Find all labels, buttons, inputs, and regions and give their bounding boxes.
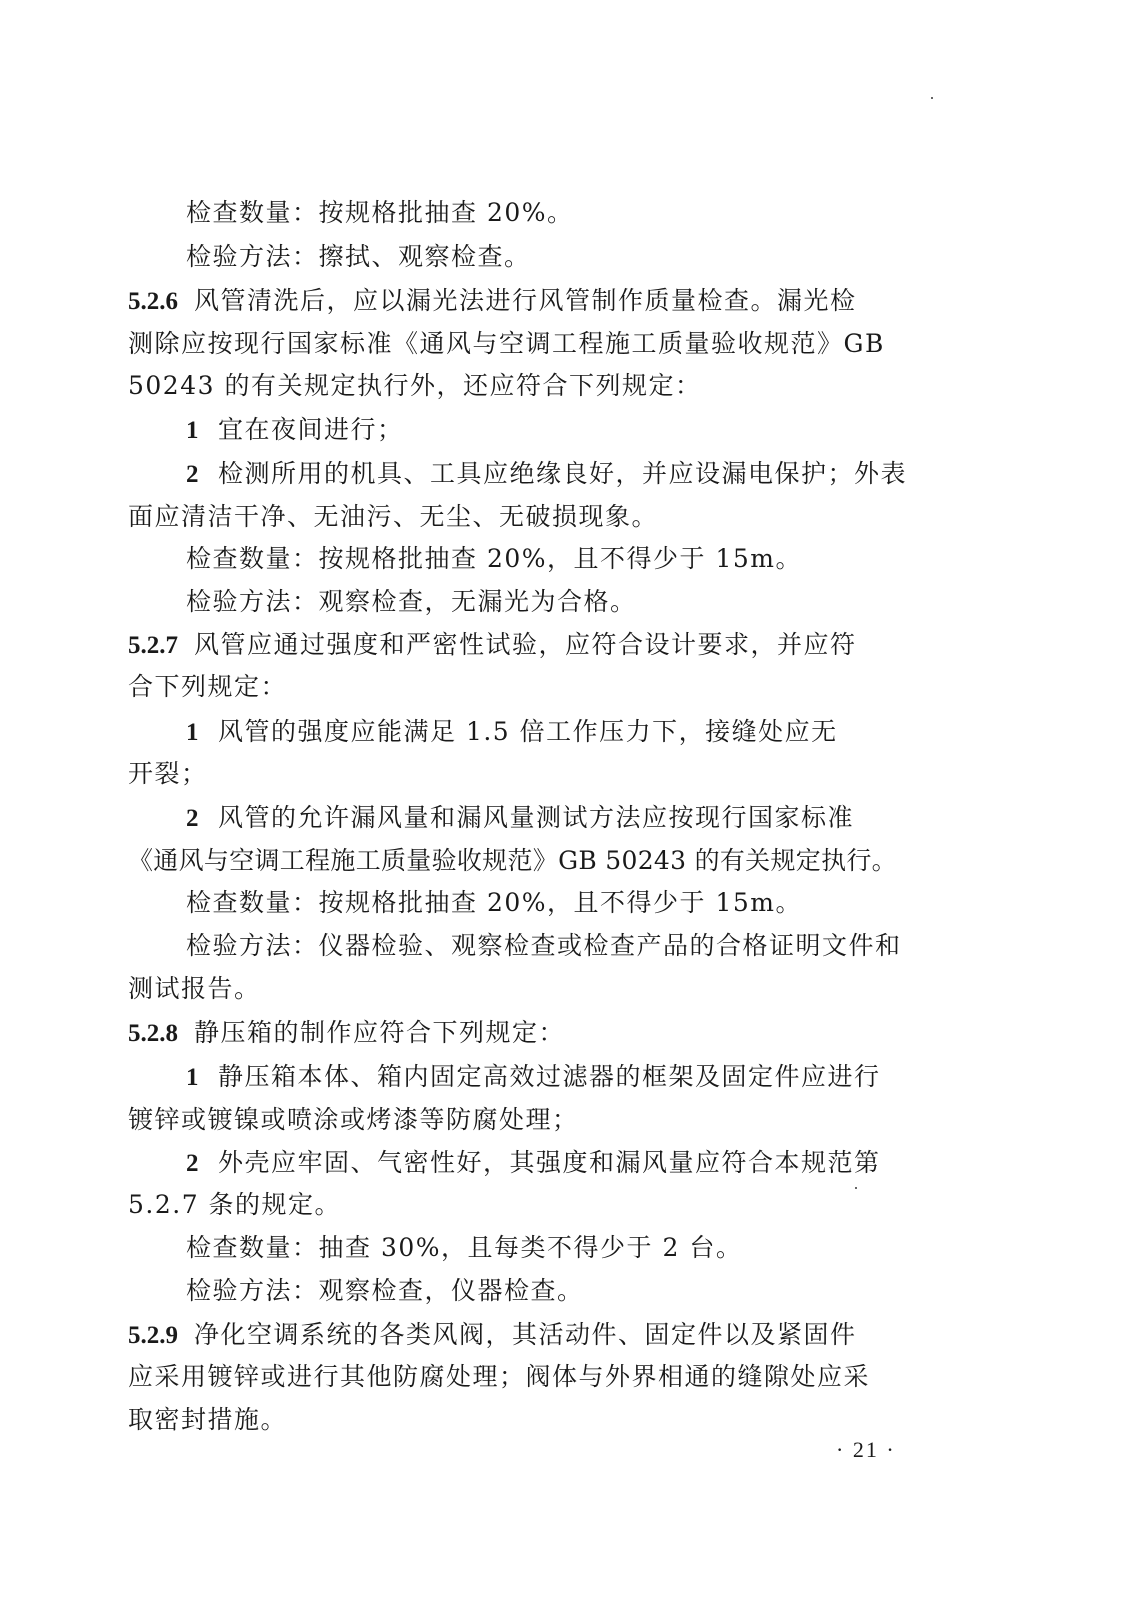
paragraph-line: 《通风与空调工程施工质量验收规范》GB 50243 的有关规定执行。 [128, 844, 918, 878]
clause-number: 5.2.9 [128, 1322, 178, 1349]
paragraph-line: 5.2.7 条的规定。 [128, 1188, 918, 1222]
inspection-method-line: 检验方法：观察检查，无漏光为合格。 [186, 585, 976, 619]
clause-5-2-7: 5.2.7风管应通过强度和严密性试验，应符合设计要求，并应符 [128, 628, 918, 663]
paragraph-line: 测试报告。 [128, 972, 918, 1006]
item-number: 1 [186, 1064, 200, 1091]
scan-speck [931, 97, 933, 99]
inspection-quantity-line: 检查数量：按规格批抽查 20%，且不得少于 15m。 [186, 542, 976, 576]
clause-number: 5.2.8 [128, 1020, 178, 1047]
paragraph-line: 取密封措施。 [128, 1403, 918, 1437]
list-item: 1风管的强度应能满足 1.5 倍工作压力下，接缝处应无 [186, 715, 976, 750]
list-item: 2外壳应牢固、气密性好，其强度和漏风量应符合本规范第 [186, 1146, 976, 1181]
inspection-quantity-line: 检查数量：按规格批抽查 20%。 [186, 196, 976, 230]
inspection-quantity-line: 检查数量：抽查 30%，且每类不得少于 2 台。 [186, 1231, 976, 1265]
inspection-quantity-line: 检查数量：按规格批抽查 20%，且不得少于 15m。 [186, 886, 976, 920]
list-item: 1宜在夜间进行； [186, 413, 976, 448]
item-number: 2 [186, 805, 200, 832]
paragraph-line: 合下列规定： [128, 670, 918, 704]
inspection-method-line: 检验方法：擦拭、观察检查。 [186, 240, 976, 274]
inspection-method-line: 检验方法：仪器检验、观察检查或检查产品的合格证明文件和 [186, 929, 976, 963]
list-item: 2风管的允许漏风量和漏风量测试方法应按现行国家标准 [186, 801, 976, 836]
clause-number: 5.2.7 [128, 632, 178, 659]
item-number: 1 [186, 417, 200, 444]
clause-5-2-8: 5.2.8静压箱的制作应符合下列规定： [128, 1016, 918, 1051]
paragraph-line: 应采用镀锌或进行其他防腐处理；阀体与外界相通的缝隙处应采 [128, 1360, 918, 1394]
paragraph-line: 50243 的有关规定执行外，还应符合下列规定： [128, 369, 918, 403]
list-item: 2检测所用的机具、工具应绝缘良好，并应设漏电保护；外表 [186, 457, 976, 492]
clause-5-2-6: 5.2.6风管清洗后，应以漏光法进行风管制作质量检查。漏光检 [128, 284, 918, 319]
clause-5-2-9: 5.2.9净化空调系统的各类风阀，其活动件、固定件以及紧固件 [128, 1318, 918, 1353]
item-number: 2 [186, 1150, 200, 1177]
clause-number: 5.2.6 [128, 288, 178, 315]
page-number: · 21 · [836, 1437, 896, 1463]
item-number: 2 [186, 461, 200, 488]
paragraph-line: 面应清洁干净、无油污、无尘、无破损现象。 [128, 500, 918, 534]
document-page: 检查数量：按规格批抽查 20%。 检验方法：擦拭、观察检查。 5.2.6风管清洗… [0, 0, 1142, 1600]
inspection-method-line: 检验方法：观察检查，仪器检查。 [186, 1274, 976, 1308]
list-item: 1静压箱本体、箱内固定高效过滤器的框架及固定件应进行 [186, 1060, 976, 1095]
paragraph-line: 镀锌或镀镍或喷涂或烤漆等防腐处理； [128, 1103, 918, 1137]
paragraph-line: 开裂； [128, 757, 918, 791]
paragraph-line: 测除应按现行国家标准《通风与空调工程施工质量验收规范》GB [128, 327, 918, 361]
item-number: 1 [186, 719, 200, 746]
